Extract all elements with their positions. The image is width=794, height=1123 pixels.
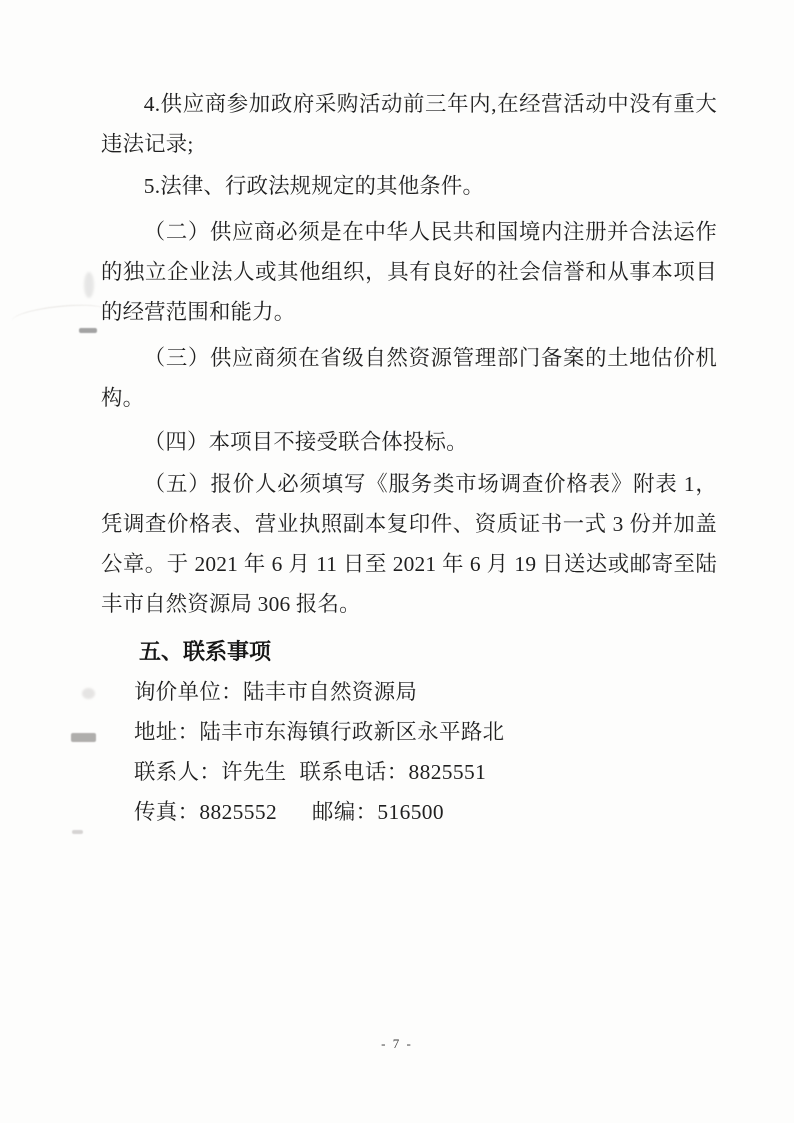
paragraph-item-2: （二）供应商必须是在中华人民共和国境内注册并合法运作的独立企业法人或其他组织，具… [101,212,717,332]
contact-person: 联系人：许先生 [134,760,287,784]
contact-block: 询价单位：陆丰市自然资源局 地址：陆丰市东海镇行政新区永平路北 联系人：许先生联… [101,672,717,832]
paragraph-item-5: （五）报价人必须填写《服务类市场调查价格表》附表 1，凭调查价格表、营业执照副本… [101,464,717,624]
paragraph-clause-4: 4.供应商参加政府采购活动前三年内,在经营活动中没有重大违法记录; [101,84,717,164]
postcode: 邮编：516500 [312,800,444,824]
paragraph-item-3: （三）供应商须在省级自然资源管理部门备案的土地估价机构。 [101,338,717,418]
scan-smudge [11,301,107,330]
inquiry-unit-line: 询价单位：陆丰市自然资源局 [101,672,717,712]
fax-number: 传真：8825552 [134,800,277,824]
scan-smudge [84,272,94,298]
paragraph-clause-5: 5.法律、行政法规规定的其他条件。 [101,166,717,206]
scan-smudge [71,733,96,742]
scan-smudge [79,328,97,333]
document-page: 4.供应商参加政府采购活动前三年内,在经营活动中没有重大违法记录; 5.法律、行… [0,0,794,1123]
scan-smudge [72,830,83,834]
section-heading-contact: 五、联系事项 [101,632,717,672]
paragraph-item-4: （四）本项目不接受联合体投标。 [101,422,717,462]
page-number: - 7 - [0,1036,794,1052]
document-body: 4.供应商参加政府采购活动前三年内,在经营活动中没有重大违法记录; 5.法律、行… [101,84,717,832]
address-line: 地址：陆丰市东海镇行政新区永平路北 [101,712,717,752]
scan-smudge [82,688,95,699]
fax-postcode-line: 传真：8825552邮编：516500 [101,792,717,832]
contact-phone: 联系电话：8825551 [300,760,487,784]
contact-person-line: 联系人：许先生联系电话：8825551 [101,752,717,792]
